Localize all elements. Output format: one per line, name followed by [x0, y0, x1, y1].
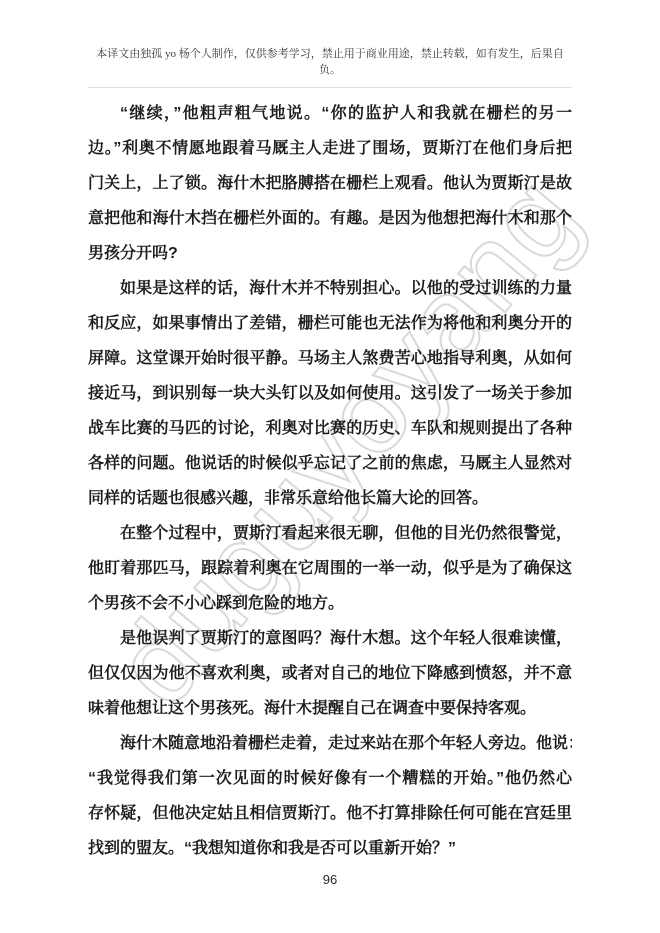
- text-line: 接近马，到识别每一块大头钉以及如何使用。这引发了一场关于参加: [88, 376, 572, 411]
- text-line: 是他误判了贾斯汀的意图吗？海什木想。这个年轻人很难读懂，: [88, 621, 572, 656]
- text-line: 味着他想让这个男孩死。海什木提醒自己在调查中要保持客观。: [88, 691, 572, 726]
- text-line: “我觉得我们第一次见面的时候好像有一个糟糕的开始。”他仍然心: [88, 761, 572, 796]
- text-line: 找到的盟友。“我想知道你和我是否可以重新开始？”: [88, 831, 572, 866]
- text-line: 存怀疑，但他决定姑且相信贾斯汀。他不打算排除任何可能在宫廷里: [88, 796, 572, 831]
- text-line: 战车比赛的马匹的讨论，利奥对比赛的历史、车队和规则提出了各种: [88, 411, 572, 446]
- text-line: 他盯着那匹马，跟踪着利奥在它周围的一举一动，似乎是为了确保这: [88, 551, 572, 586]
- text-line: 各样的问题。他说话的时候似乎忘记了之前的焦虑，马厩主人显然对: [88, 446, 572, 481]
- header-disclaimer: 本译文由独孤 yo 杨个人制作，仅供参考学习，禁止用于商业用途，禁止转载，如有发…: [88, 46, 572, 88]
- text-line: 边。”利奥不情愿地跟着马厩主人走进了围场，贾斯汀在他们身后把: [88, 131, 572, 166]
- text-line: 但仅仅因为他不喜欢利奥，或者对自己的地位下降感到愤怒，并不意: [88, 656, 572, 691]
- text-line: 屏障。这堂课开始时很平静。马场主人煞费苦心地指导利奥，从如何: [88, 341, 572, 376]
- document-body: “继续，”他粗声粗气地说。“你的监护人和我就在栅栏的另一边。”利奥不情愿地跟着马…: [88, 96, 572, 866]
- page-number: 96: [0, 872, 660, 887]
- text-line: 海什木随意地沿着栅栏走着，走过来站在那个年轻人旁边。他说：: [88, 726, 572, 761]
- text-line: “继续，”他粗声粗气地说。“你的监护人和我就在栅栏的另一: [88, 96, 572, 131]
- text-line: 如果是这样的话，海什木并不特别担心。以他的受过训练的力量: [88, 271, 572, 306]
- text-line: 同样的话题也很感兴趣，非常乐意给他长篇大论的回答。: [88, 481, 572, 516]
- text-line: 男孩分开吗?: [88, 236, 572, 271]
- text-line: 门关上，上了锁。海什木把胳膊搭在栅栏上观看。他认为贾斯汀是故: [88, 166, 572, 201]
- document-page: duguyoyang 本译文由独孤 yo 杨个人制作，仅供参考学习，禁止用于商业…: [0, 0, 660, 933]
- text-line: 意把他和海什木挡在栅栏外面的。有趣。是因为他想把海什木和那个: [88, 201, 572, 236]
- text-line: 个男孩不会不小心踩到危险的地方。: [88, 586, 572, 621]
- text-line: 和反应，如果事情出了差错，栅栏可能也无法作为将他和利奥分开的: [88, 306, 572, 341]
- text-line: 在整个过程中，贾斯汀看起来很无聊，但他的目光仍然很警觉，: [88, 516, 572, 551]
